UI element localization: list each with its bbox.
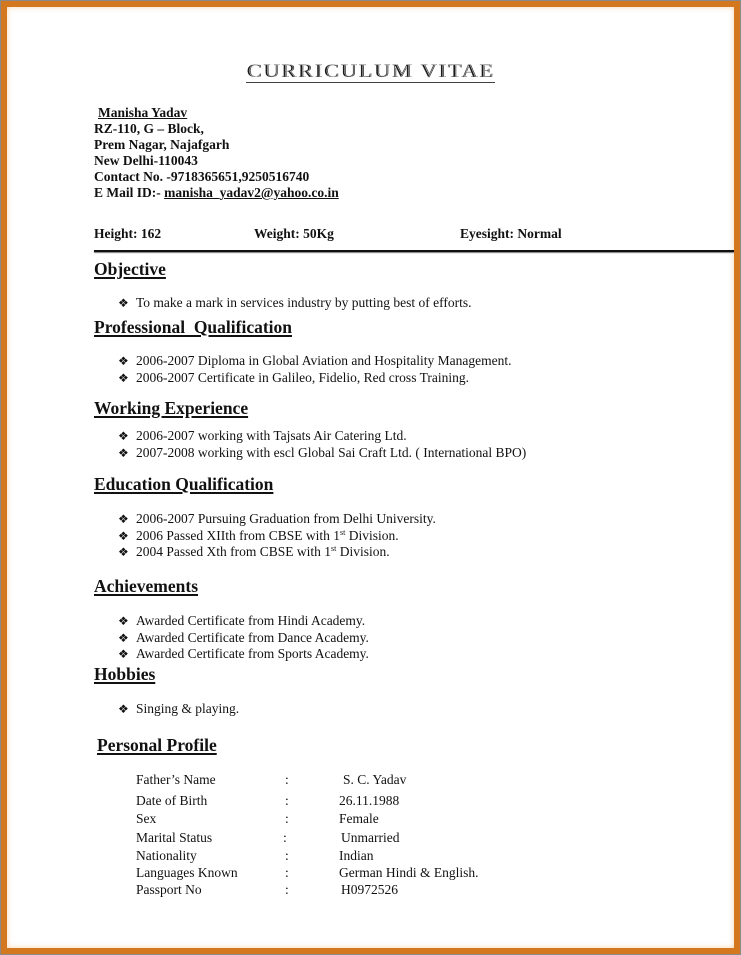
address-line-2: Prem Nagar, Najafgarh: [94, 137, 339, 153]
list-item-text-end: Division.: [345, 528, 398, 543]
diamond-bullet-icon: ❖: [118, 701, 129, 718]
email-label: E Mail ID:-: [94, 185, 164, 200]
profile-value: Unmarried: [341, 829, 399, 847]
divider: [94, 250, 734, 252]
list-item-text: To make a mark in services industry by p…: [136, 295, 471, 310]
profile-separator: :: [285, 847, 289, 865]
profile-label: Sex: [136, 810, 156, 828]
list-item-text: 2006-2007 Pursuing Graduation from Delhi…: [136, 511, 436, 526]
profile-label: Date of Birth: [136, 792, 207, 810]
diamond-bullet-icon: ❖: [118, 445, 129, 462]
list-item: ❖2004 Passed Xth from CBSE with 1st Divi…: [118, 544, 436, 561]
list-item: ❖Awarded Certificate from Dance Academy.: [118, 630, 369, 647]
list-item: ❖Awarded Certificate from Sports Academy…: [118, 646, 369, 663]
profile-value: H0972526: [341, 881, 398, 899]
contact-block: Manisha Yadav RZ-110, G – Block, Prem Na…: [94, 105, 339, 201]
page-title-text: CURRICULUM VITAE: [246, 60, 494, 83]
profile-separator: :: [285, 792, 289, 810]
candidate-name: Manisha Yadav: [94, 105, 339, 121]
list-item-text: 2006 Passed XIIth from CBSE with 1: [136, 528, 340, 543]
profile-label: Marital Status: [136, 829, 212, 847]
list-item-text: 2004 Passed Xth from CBSE with 1: [136, 544, 331, 559]
list-item-text: Awarded Certificate from Hindi Academy.: [136, 613, 365, 628]
address-line-1: RZ-110, G – Block,: [94, 121, 339, 137]
hobbies-list: ❖Singing & playing.: [118, 701, 239, 718]
professional-heading: Professional Qualification: [94, 317, 292, 338]
list-item-text: Singing & playing.: [136, 701, 239, 716]
profile-value: Indian: [339, 847, 374, 865]
education-list: ❖2006-2007 Pursuing Graduation from Delh…: [118, 511, 436, 561]
hobbies-heading: Hobbies: [94, 664, 155, 685]
diamond-bullet-icon: ❖: [118, 646, 129, 663]
stat-weight: Weight: 50Kg: [254, 226, 334, 242]
profile-separator: :: [283, 829, 287, 847]
objective-heading: Objective: [94, 259, 166, 280]
list-item: ❖2006-2007 Pursuing Graduation from Delh…: [118, 511, 436, 528]
address-line-3: New Delhi-110043: [94, 153, 339, 169]
profile-separator: :: [285, 810, 289, 828]
diamond-bullet-icon: ❖: [118, 630, 129, 647]
profile-label: Nationality: [136, 847, 197, 865]
list-item-text: Awarded Certificate from Dance Academy.: [136, 630, 369, 645]
profile-label: Passport No: [136, 881, 202, 899]
education-heading: Education Qualification: [94, 474, 273, 495]
profile-value: 26.11.1988: [339, 792, 399, 810]
profile-value: Female: [339, 810, 379, 828]
diamond-bullet-icon: ❖: [118, 613, 129, 630]
list-item-text-end: Division.: [336, 544, 389, 559]
profile-value: S. C. Yadav: [343, 771, 406, 789]
profile-separator: :: [285, 864, 289, 882]
list-item-text: 2006-2007 Diploma in Global Aviation and…: [136, 353, 511, 368]
email-line: E Mail ID:- manisha_yadav2@yahoo.co.in: [94, 185, 339, 201]
profile-value: German Hindi & English.: [339, 864, 478, 882]
list-item: ❖2007-2008 working with escl Global Sai …: [118, 445, 526, 462]
contact-phone: Contact No. -9718365651,9250516740: [94, 169, 339, 185]
diamond-bullet-icon: ❖: [118, 544, 129, 561]
list-item-text: 2006-2007 Certificate in Galileo, Fideli…: [136, 370, 469, 385]
list-item-text: 2006-2007 working with Tajsats Air Cater…: [136, 428, 407, 443]
list-item-text: Awarded Certificate from Sports Academy.: [136, 646, 369, 661]
profile-label: Father’s Name: [136, 771, 216, 789]
list-item: ❖2006-2007 working with Tajsats Air Cate…: [118, 428, 526, 445]
list-item: ❖2006-2007 Diploma in Global Aviation an…: [118, 353, 511, 370]
personal-heading: Personal Profile: [97, 735, 217, 756]
list-item: ❖To make a mark in services industry by …: [118, 295, 471, 312]
page-title: CURRICULUM VITAE: [7, 58, 734, 85]
resume-page: CURRICULUM VITAE Manisha Yadav RZ-110, G…: [7, 7, 734, 948]
achievements-heading: Achievements: [94, 576, 198, 597]
list-item: ❖Singing & playing.: [118, 701, 239, 718]
stat-height: Height: 162: [94, 226, 161, 242]
diamond-bullet-icon: ❖: [118, 353, 129, 370]
profile-label: Languages Known: [136, 864, 238, 882]
experience-heading: Working Experience: [94, 398, 248, 419]
email-link[interactable]: manisha_yadav2@yahoo.co.in: [164, 185, 339, 200]
diamond-bullet-icon: ❖: [118, 295, 129, 312]
list-item: ❖Awarded Certificate from Hindi Academy.: [118, 613, 369, 630]
profile-separator: :: [285, 881, 289, 899]
diamond-bullet-icon: ❖: [118, 511, 129, 528]
achievements-list: ❖Awarded Certificate from Hindi Academy.…: [118, 613, 369, 663]
diamond-bullet-icon: ❖: [118, 528, 129, 545]
document-border: CURRICULUM VITAE Manisha Yadav RZ-110, G…: [1, 1, 740, 954]
list-item: ❖2006-2007 Certificate in Galileo, Fidel…: [118, 370, 511, 387]
profile-separator: :: [285, 771, 289, 789]
experience-list: ❖2006-2007 working with Tajsats Air Cate…: [118, 428, 526, 461]
professional-list: ❖2006-2007 Diploma in Global Aviation an…: [118, 353, 511, 386]
diamond-bullet-icon: ❖: [118, 370, 129, 387]
stat-eyesight: Eyesight: Normal: [460, 226, 562, 242]
objective-list: ❖To make a mark in services industry by …: [118, 295, 471, 312]
list-item-text: 2007-2008 working with escl Global Sai C…: [136, 445, 526, 460]
diamond-bullet-icon: ❖: [118, 428, 129, 445]
list-item: ❖2006 Passed XIIth from CBSE with 1st Di…: [118, 528, 436, 545]
